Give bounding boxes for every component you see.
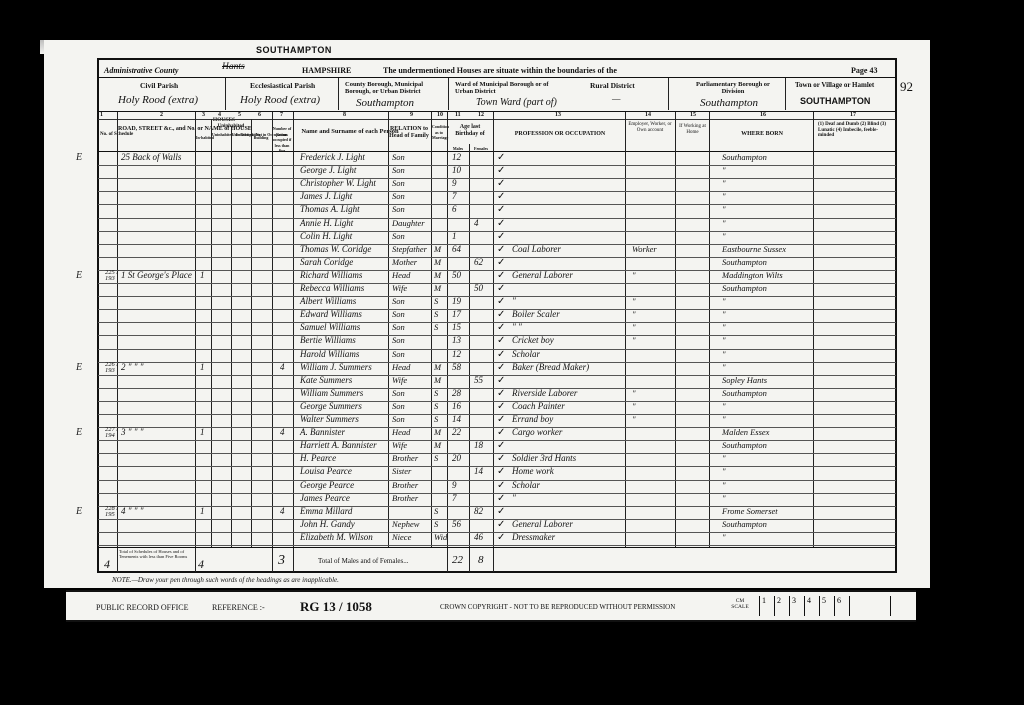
col-5-heading: Uninhabited: Not in Occupation bbox=[232, 132, 250, 138]
age-male-cell: 9 bbox=[452, 178, 457, 188]
occupation-cell: Soldier 3rd Hants bbox=[512, 453, 576, 463]
condition-cell: S bbox=[434, 309, 438, 319]
town-label: Town or Village or Hamlet bbox=[795, 81, 874, 89]
employment-cell: " bbox=[632, 270, 636, 280]
relation-cell: Son bbox=[392, 231, 405, 241]
relation-cell: Son bbox=[392, 165, 405, 175]
rooms-cell: 4 bbox=[280, 362, 285, 372]
relation-cell: Son bbox=[392, 178, 405, 188]
col-15-heading: If Working at Home bbox=[676, 124, 709, 136]
condition-cell: M bbox=[434, 244, 441, 254]
person-name: Samuel Williams bbox=[300, 322, 360, 332]
age-male-cell: 6 bbox=[452, 204, 457, 214]
person-name: Colin H. Light bbox=[300, 231, 352, 241]
relation-cell: Head bbox=[392, 427, 410, 437]
person-name: Annie H. Light bbox=[300, 218, 353, 228]
age-male-cell: 20 bbox=[452, 453, 461, 463]
person-name: George Pearce bbox=[300, 480, 354, 490]
age-female-cell: 18 bbox=[474, 440, 483, 450]
col-line bbox=[211, 119, 212, 547]
check-mark-icon: ✓ bbox=[497, 296, 505, 307]
relation-cell: Son bbox=[392, 401, 405, 411]
check-mark-icon: ✓ bbox=[497, 453, 505, 464]
birthplace-cell: " bbox=[722, 296, 726, 306]
employment-cell: " bbox=[632, 296, 636, 306]
col-num: 14 bbox=[645, 112, 651, 118]
col-14-heading: Employer, Worker, or Own account bbox=[625, 122, 675, 134]
birthplace-cell: Sopley Hants bbox=[722, 375, 767, 385]
ward-value: Town Ward (part of) bbox=[476, 97, 557, 108]
rural-district-value: — bbox=[612, 95, 620, 105]
person-name: Harold Williams bbox=[300, 349, 359, 359]
check-mark-icon: ✓ bbox=[497, 414, 505, 425]
person-name: William Summers bbox=[300, 388, 363, 398]
condition-cell: S bbox=[434, 296, 438, 306]
administrative-county-value: Hants bbox=[222, 62, 245, 72]
employment-cell: " bbox=[632, 401, 636, 411]
check-mark-icon: ✓ bbox=[497, 257, 505, 268]
check-mark-icon: ✓ bbox=[497, 165, 505, 176]
total-rooms-value: 3 bbox=[278, 553, 285, 569]
col-num: 17 bbox=[850, 112, 856, 118]
check-mark-icon: ✓ bbox=[497, 270, 505, 281]
total-males-females-label: Total of Males and of Females... bbox=[318, 557, 409, 565]
scale-tick: 6 bbox=[834, 596, 849, 616]
relation-cell: Wife bbox=[392, 375, 407, 385]
occupation-cell: Scholar bbox=[512, 480, 540, 490]
condition-cell: S bbox=[434, 401, 438, 411]
check-mark-icon: ✓ bbox=[497, 218, 505, 229]
col-num: 10 bbox=[437, 112, 443, 118]
check-mark-icon: ✓ bbox=[497, 532, 505, 543]
condition-cell: M bbox=[434, 440, 441, 450]
check-mark-icon: ✓ bbox=[497, 493, 505, 504]
public-record-office-label: PUBLIC RECORD OFFICE bbox=[96, 603, 188, 612]
col-num: 11 bbox=[455, 112, 461, 118]
relation-cell: Sister bbox=[392, 466, 411, 476]
relation-cell: Brother bbox=[392, 493, 418, 503]
col-6-heading: Building bbox=[252, 135, 270, 141]
col-line bbox=[447, 112, 448, 572]
occupation-cell: " bbox=[512, 296, 516, 306]
age-male-cell: 10 bbox=[452, 165, 461, 175]
check-mark-icon: ✓ bbox=[497, 322, 505, 333]
age-male-cell: 19 bbox=[452, 296, 461, 306]
col-line bbox=[251, 119, 252, 547]
birthplace-cell: Southampton bbox=[722, 388, 767, 398]
birthplace-cell: Maddington Wilts bbox=[722, 270, 783, 280]
person-name: Emma Millard bbox=[300, 506, 352, 516]
col-num: 12 bbox=[478, 112, 484, 118]
inhabited-cell: 1 bbox=[200, 427, 205, 437]
employment-cell: " bbox=[632, 414, 636, 424]
col-16-heading: WHERE BORN bbox=[712, 132, 812, 138]
scale-tick: 2 bbox=[774, 596, 789, 616]
relation-cell: Son bbox=[392, 191, 405, 201]
cm-scale-label: CM SCALE bbox=[730, 598, 750, 610]
address-cell: 1 St George's Place bbox=[121, 270, 192, 280]
condition-cell: S bbox=[434, 388, 438, 398]
relation-cell: Wife bbox=[392, 283, 407, 293]
schedule-number: 226 / 193 bbox=[105, 362, 119, 374]
birthplace-cell: " bbox=[722, 204, 726, 214]
relation-cell: Son bbox=[392, 349, 405, 359]
occupation-cell: General Laborer bbox=[512, 270, 573, 280]
address-cell: 3 " " " bbox=[121, 427, 144, 437]
employment-cell: " bbox=[632, 335, 636, 345]
birthplace-cell: Southampton bbox=[722, 283, 767, 293]
person-name: Thomas A. Light bbox=[300, 204, 360, 214]
relation-cell: Wife bbox=[392, 440, 407, 450]
scale-tick: 4 bbox=[804, 596, 819, 616]
col-10-heading: Condition as to Marriage bbox=[432, 124, 446, 141]
relation-cell: Stepfather bbox=[392, 244, 427, 254]
person-name: Harriett A. Bannister bbox=[300, 440, 377, 450]
person-name: John H. Gandy bbox=[300, 519, 355, 529]
margin-enumerator-mark: E bbox=[76, 506, 82, 517]
person-name: Thomas W. Coridge bbox=[300, 244, 371, 254]
administrative-county-label: Administrative County bbox=[104, 66, 178, 75]
relation-cell: Brother bbox=[392, 453, 418, 463]
civil-parish-label: Civil Parish bbox=[140, 81, 178, 90]
occupation-cell: Cargo worker bbox=[512, 427, 562, 437]
margin-enumerator-mark: E bbox=[76, 362, 82, 373]
address-cell: 25 Back of Walls bbox=[121, 152, 181, 162]
cm-scale: 1 2 3 4 5 6 bbox=[759, 596, 891, 616]
age-male-cell: 50 bbox=[452, 270, 461, 280]
col-num: 3 bbox=[202, 112, 205, 118]
col-num: 4 bbox=[218, 112, 221, 118]
col-num: 6 bbox=[258, 112, 261, 118]
birthplace-cell: " bbox=[722, 335, 726, 345]
relation-cell: Daughter bbox=[392, 218, 425, 228]
birthplace-cell: " bbox=[722, 165, 726, 175]
ecclesiastical-parish-value: Holy Rood (extra) bbox=[240, 94, 320, 106]
birthplace-cell: " bbox=[722, 466, 726, 476]
occupation-cell: " " bbox=[512, 322, 522, 332]
age-male-cell: 7 bbox=[452, 493, 457, 503]
check-mark-icon: ✓ bbox=[497, 335, 505, 346]
age-male-cell: 9 bbox=[452, 480, 457, 490]
check-mark-icon: ✓ bbox=[497, 375, 505, 386]
borough-stamp: SOUTHAMPTON bbox=[256, 45, 332, 55]
relation-cell: Son bbox=[392, 414, 405, 424]
condition-cell: S bbox=[434, 519, 438, 529]
column-number-rule bbox=[98, 119, 896, 120]
relation-cell: Head bbox=[392, 270, 410, 280]
col-num: 7 bbox=[280, 112, 283, 118]
civil-parish-value: Holy Rood (extra) bbox=[118, 94, 198, 106]
age-male-cell: 15 bbox=[452, 322, 461, 332]
check-mark-icon: ✓ bbox=[497, 231, 505, 242]
margin-enumerator-mark: E bbox=[76, 427, 82, 438]
birthplace-cell: " bbox=[722, 493, 726, 503]
address-cell: 4 " " " bbox=[121, 506, 144, 516]
person-name: Albert Williams bbox=[300, 296, 356, 306]
margin-enumerator-mark: E bbox=[76, 152, 82, 163]
ward-label: Ward of Municipal Borough or of Urban Di… bbox=[455, 81, 555, 95]
header-box-divider bbox=[785, 78, 786, 110]
col-num: 2 bbox=[160, 112, 163, 118]
age-female-cell: 55 bbox=[474, 375, 483, 385]
check-mark-icon: ✓ bbox=[497, 427, 505, 438]
condition-cell: S bbox=[434, 322, 438, 332]
occupation-cell: " bbox=[512, 493, 516, 503]
birthplace-cell: Malden Essex bbox=[722, 427, 769, 437]
relation-cell: Brother bbox=[392, 480, 418, 490]
relation-cell: Son bbox=[392, 296, 405, 306]
header-box-divider bbox=[448, 78, 449, 110]
age-male-cell: 12 bbox=[452, 152, 461, 162]
condition-cell: M bbox=[434, 283, 441, 293]
col-num: 9 bbox=[410, 112, 413, 118]
birthplace-cell: Southampton bbox=[722, 440, 767, 450]
col-num: 15 bbox=[690, 112, 696, 118]
copyright-notice: CROWN COPYRIGHT - NOT TO BE REPRODUCED W… bbox=[440, 603, 675, 611]
age-female-cell: 14 bbox=[474, 466, 483, 476]
parliamentary-value: Southampton bbox=[700, 97, 758, 109]
totals-rule bbox=[98, 547, 896, 548]
age-male-cell: 12 bbox=[452, 349, 461, 359]
col-line bbox=[469, 144, 470, 572]
county-borough-label: County Borough, Municipal Borough, or Ur… bbox=[345, 81, 445, 95]
col-17-heading: (1) Deaf and Dumb (2) Blind (3) Lunatic … bbox=[818, 122, 893, 139]
schedule-number: 228 / 195 bbox=[105, 506, 119, 518]
age-female-cell: 50 bbox=[474, 283, 483, 293]
birthplace-cell: " bbox=[722, 322, 726, 332]
ecclesiastical-parish-label: Ecclesiastical Parish bbox=[250, 81, 315, 90]
check-mark-icon: ✓ bbox=[497, 362, 505, 373]
rooms-cell: 4 bbox=[280, 427, 285, 437]
relation-cell: Son bbox=[392, 309, 405, 319]
col-line bbox=[195, 112, 196, 572]
inhabited-cell: 1 bbox=[200, 362, 205, 372]
person-name: Louisa Pearce bbox=[300, 466, 352, 476]
relation-cell: Son bbox=[392, 204, 405, 214]
schedule-number: 227 / 194 bbox=[105, 427, 119, 439]
condition-cell: M bbox=[434, 375, 441, 385]
birthplace-cell: Southampton bbox=[722, 152, 767, 162]
scale-tick: 3 bbox=[789, 596, 804, 616]
col-2-heading: ROAD, STREET &c., and No. or NAME of HOU… bbox=[118, 126, 194, 133]
occupation-cell: Scholar bbox=[512, 349, 540, 359]
age-male-cell: 28 bbox=[452, 388, 461, 398]
col-num: 8 bbox=[343, 112, 346, 118]
check-mark-icon: ✓ bbox=[497, 506, 505, 517]
age-male-cell: 64 bbox=[452, 244, 461, 254]
occupation-cell: Riverside Laborer bbox=[512, 388, 577, 398]
condition-cell: M bbox=[434, 362, 441, 372]
total-males-value: 22 bbox=[452, 554, 463, 566]
relation-cell: Son bbox=[392, 152, 405, 162]
age-male-cell: 17 bbox=[452, 309, 461, 319]
person-name: George J. Light bbox=[300, 165, 356, 175]
county-borough-value: Southampton bbox=[356, 97, 414, 109]
occupation-cell: Baker (Bread Maker) bbox=[512, 362, 589, 372]
age-female-cell: 82 bbox=[474, 506, 483, 516]
col-num: 13 bbox=[555, 112, 561, 118]
person-name: James Pearce bbox=[300, 493, 350, 503]
person-name: Walter Summers bbox=[300, 414, 359, 424]
check-mark-icon: ✓ bbox=[497, 349, 505, 360]
check-mark-icon: ✓ bbox=[497, 401, 505, 412]
birthplace-cell: " bbox=[722, 362, 726, 372]
person-name: Bertie Williams bbox=[300, 335, 356, 345]
birthplace-cell: Southampton bbox=[722, 519, 767, 529]
check-mark-icon: ✓ bbox=[497, 283, 505, 294]
scale-tick: 1 bbox=[759, 596, 774, 616]
age-male-cell: 22 bbox=[452, 427, 461, 437]
relation-cell: Mother bbox=[392, 257, 417, 267]
schedule-number: 225 / 193 bbox=[105, 270, 119, 282]
col-num: 1 bbox=[100, 112, 103, 118]
relation-cell: Son bbox=[392, 335, 405, 345]
folio-number: 92 bbox=[900, 79, 913, 95]
occupation-cell: Dressmaker bbox=[512, 532, 555, 542]
check-mark-icon: ✓ bbox=[497, 466, 505, 477]
person-name: A. Bannister bbox=[300, 427, 345, 437]
age-male-cell: 7 bbox=[452, 191, 457, 201]
birthplace-cell: " bbox=[722, 414, 726, 424]
rooms-cell: 4 bbox=[280, 506, 285, 516]
check-mark-icon: ✓ bbox=[497, 152, 505, 163]
header-box-divider bbox=[668, 78, 669, 110]
age-heading: Age last Birthday of bbox=[448, 124, 492, 138]
inhabited-cell: 1 bbox=[200, 506, 205, 516]
check-mark-icon: ✓ bbox=[497, 309, 505, 320]
inhabited-cell: 1 bbox=[200, 270, 205, 280]
birthplace-cell: Southampton bbox=[722, 257, 767, 267]
person-name: George Summers bbox=[300, 401, 362, 411]
birthplace-cell: " bbox=[722, 191, 726, 201]
relation-cell: Son bbox=[392, 388, 405, 398]
col-line bbox=[231, 127, 232, 547]
parliamentary-label: Parliamentary Borough or Division bbox=[688, 81, 778, 95]
relation-cell: Nephew bbox=[392, 519, 419, 529]
person-name: Frederick J. Light bbox=[300, 152, 365, 162]
birthplace-cell: " bbox=[722, 480, 726, 490]
employment-cell: " bbox=[632, 322, 636, 332]
check-mark-icon: ✓ bbox=[497, 244, 505, 255]
occupation-cell: General Laborer bbox=[512, 519, 573, 529]
total-females-value: 8 bbox=[478, 554, 484, 566]
birthplace-cell: " bbox=[722, 309, 726, 319]
scale-tail bbox=[849, 596, 891, 616]
age-male-cell: 58 bbox=[452, 362, 461, 372]
birthplace-cell: " bbox=[722, 532, 726, 542]
occupation-cell: Cricket boy bbox=[512, 335, 554, 345]
occupation-cell: Errand boy bbox=[512, 414, 553, 424]
relation-cell: Son bbox=[392, 322, 405, 332]
birthplace-cell: " bbox=[722, 218, 726, 228]
archive-footer: PUBLIC RECORD OFFICE REFERENCE :- RG 13 … bbox=[66, 590, 916, 622]
scale-tick: 5 bbox=[819, 596, 834, 616]
birthplace-cell: " bbox=[722, 453, 726, 463]
col-line bbox=[293, 112, 294, 572]
margin-enumerator-mark: E bbox=[76, 270, 82, 281]
col-4-heading: Uninhabited: In Occupation bbox=[212, 132, 230, 138]
person-name: Sarah Coridge bbox=[300, 257, 353, 267]
rural-district-label: Rural District bbox=[590, 81, 635, 90]
page-label: Page 43 bbox=[851, 66, 877, 75]
age-male-cell: 13 bbox=[452, 335, 461, 345]
check-mark-icon: ✓ bbox=[497, 440, 505, 451]
condition-cell: S bbox=[434, 453, 438, 463]
birthplace-cell: " bbox=[722, 231, 726, 241]
condition-cell: M bbox=[434, 257, 441, 267]
check-mark-icon: ✓ bbox=[497, 204, 505, 215]
col-13-heading: PROFESSION OR OCCUPATION bbox=[496, 132, 624, 138]
person-name: William J. Summers bbox=[300, 362, 372, 372]
check-mark-icon: ✓ bbox=[497, 191, 505, 202]
occupation-cell: Boiler Scaler bbox=[512, 309, 560, 319]
occupation-cell: Coal Laborer bbox=[512, 244, 561, 254]
age-female-cell: 46 bbox=[474, 532, 483, 542]
col-line bbox=[272, 112, 273, 572]
age-female-cell: 62 bbox=[474, 257, 483, 267]
person-name: Richard Williams bbox=[300, 270, 362, 280]
occupation-cell: Coach Painter bbox=[512, 401, 565, 411]
col-8-heading: Name and Surname of each Person bbox=[300, 128, 400, 136]
intro-text: The undermentioned Houses are situate wi… bbox=[383, 66, 617, 75]
birthplace-cell: " bbox=[722, 178, 726, 188]
birthplace-cell: " bbox=[722, 349, 726, 359]
total-inhabited-value: 4 bbox=[198, 557, 204, 572]
person-name: Christopher W. Light bbox=[300, 178, 376, 188]
col-line bbox=[117, 112, 118, 572]
row-rule bbox=[98, 545, 896, 546]
person-name: Edward Williams bbox=[300, 309, 362, 319]
employment-cell: " bbox=[632, 309, 636, 319]
col-3-heading: In-habited bbox=[196, 135, 211, 141]
relation-cell: Head bbox=[392, 362, 410, 372]
total-schedules-label: Total of Schedules of Houses and of Tene… bbox=[119, 549, 195, 559]
form-note: NOTE.—Draw your pen through such words o… bbox=[112, 576, 339, 584]
condition-cell: Wid bbox=[434, 532, 447, 542]
header-divider bbox=[98, 77, 896, 78]
birthplace-cell: Eastbourne Sussex bbox=[722, 244, 786, 254]
birthplace-cell: Frome Somerset bbox=[722, 506, 778, 516]
age-female-cell: 4 bbox=[474, 218, 479, 228]
check-mark-icon: ✓ bbox=[497, 388, 505, 399]
reference-label: REFERENCE :- bbox=[212, 603, 265, 612]
header-box-divider bbox=[225, 78, 226, 110]
age-male-cell: 16 bbox=[452, 401, 461, 411]
person-name: James J. Light bbox=[300, 191, 352, 201]
person-name: Rebecca Williams bbox=[300, 283, 364, 293]
col-num: 16 bbox=[760, 112, 766, 118]
person-name: H. Pearce bbox=[300, 453, 336, 463]
condition-cell: M bbox=[434, 270, 441, 280]
check-mark-icon: ✓ bbox=[497, 480, 505, 491]
age-male-cell: 56 bbox=[452, 519, 461, 529]
relation-cell: Niece bbox=[392, 532, 411, 542]
col-1-heading: No. of Schedule bbox=[100, 132, 116, 138]
condition-cell: S bbox=[434, 414, 438, 424]
total-schedules-value: 4 bbox=[104, 557, 110, 572]
col-line bbox=[493, 112, 494, 572]
reference-value: RG 13 / 1058 bbox=[300, 599, 372, 615]
town-value: SOUTHAMPTON bbox=[800, 96, 870, 106]
header-box-divider bbox=[338, 78, 339, 110]
col-7-heading: Number of Rooms occupied if less than fi… bbox=[272, 126, 292, 154]
condition-cell: M bbox=[434, 427, 441, 437]
check-mark-icon: ✓ bbox=[497, 519, 505, 530]
age-male-cell: 1 bbox=[452, 231, 457, 241]
col-num: 5 bbox=[238, 112, 241, 118]
age-male-cell: 14 bbox=[452, 414, 461, 424]
employment-cell: " bbox=[632, 388, 636, 398]
